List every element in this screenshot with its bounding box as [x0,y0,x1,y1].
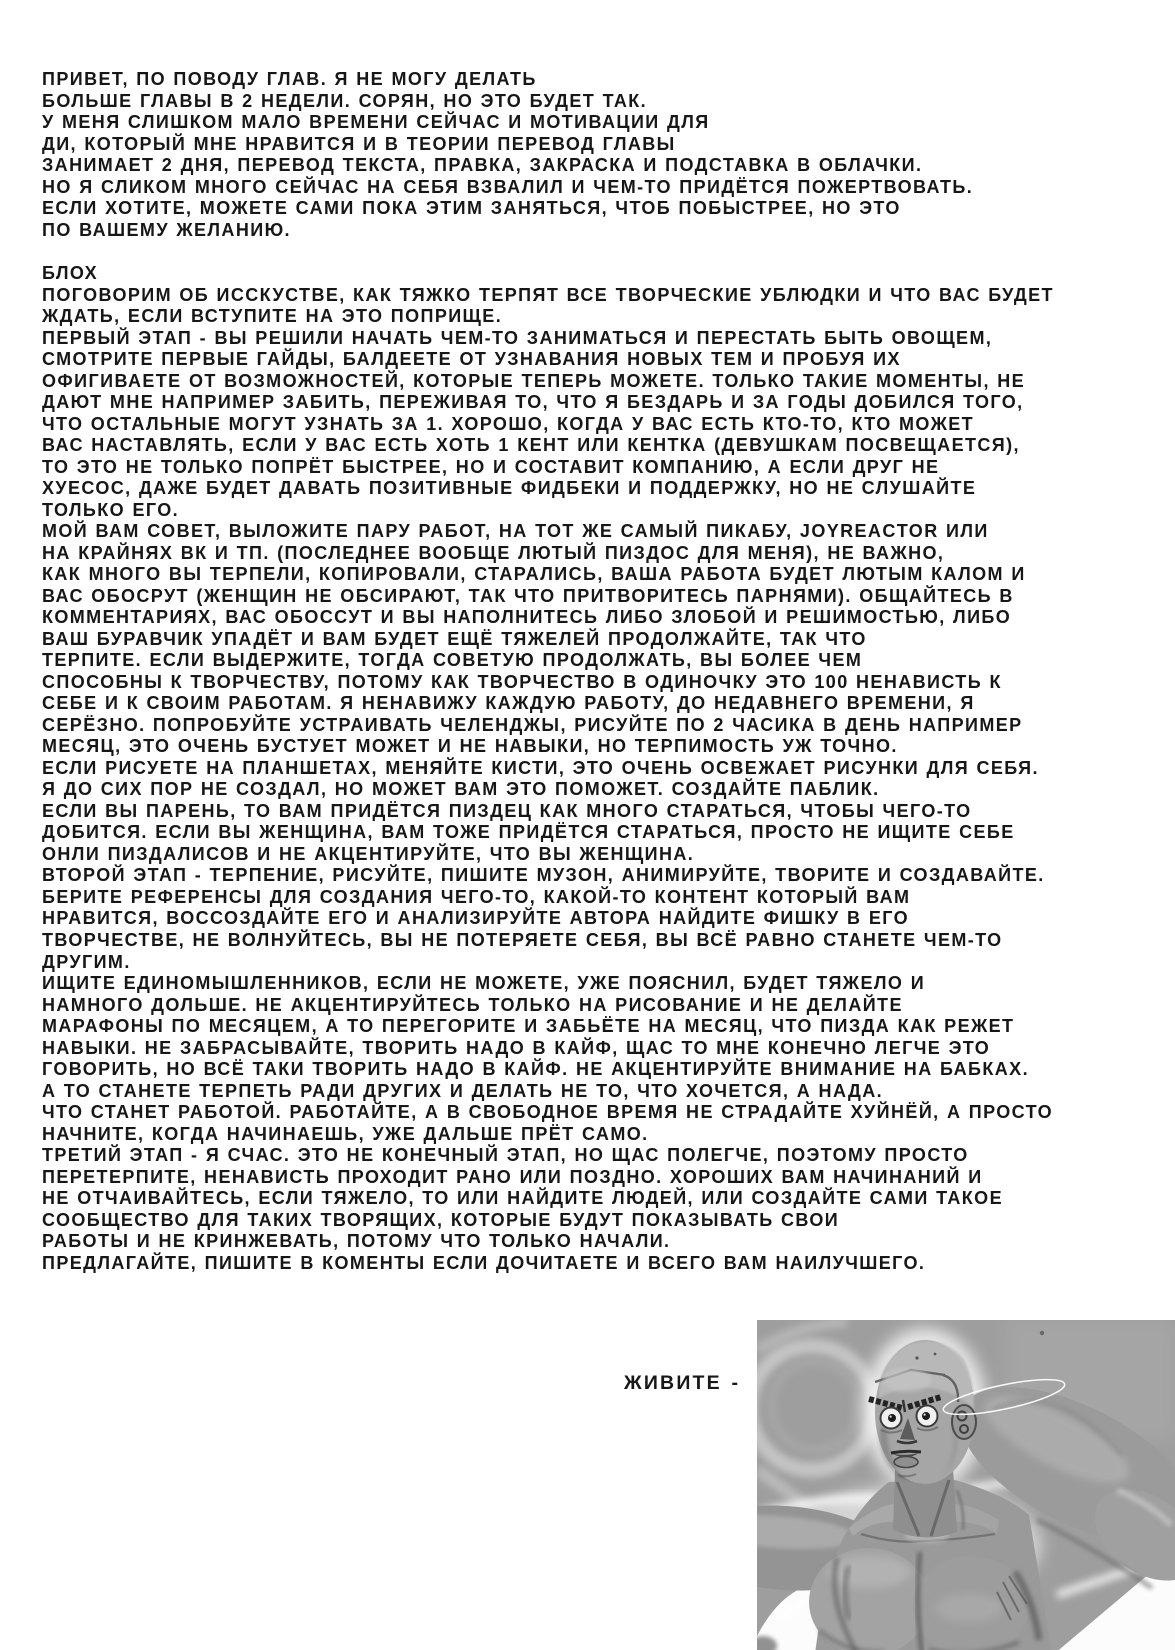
left-eye [881,1408,902,1429]
right-eye [917,1406,938,1427]
ear [952,1405,976,1439]
intro-paragraph: ПРИВЕТ, ПО ПОВОДУ ГЛАВ. Я НЕ МОГУ ДЕЛАТЬ… [42,69,973,241]
main-text: БЛОХ ПОГОВОРИМ ОБ ИССКУСТВЕ, КАК ТЯЖКО Т… [42,263,1054,1274]
paint-speck [1040,1331,1044,1335]
caption-zhivite: ЖИВИТЕ - [624,1372,740,1394]
artist-note-page: ПРИВЕТ, ПО ПОВОДУ ГЛАВ. Я НЕ МОГУ ДЕЛАТЬ… [0,0,1175,1650]
muscular-figure-drawing [757,1320,1175,1650]
figure-illustration [757,1320,1175,1650]
